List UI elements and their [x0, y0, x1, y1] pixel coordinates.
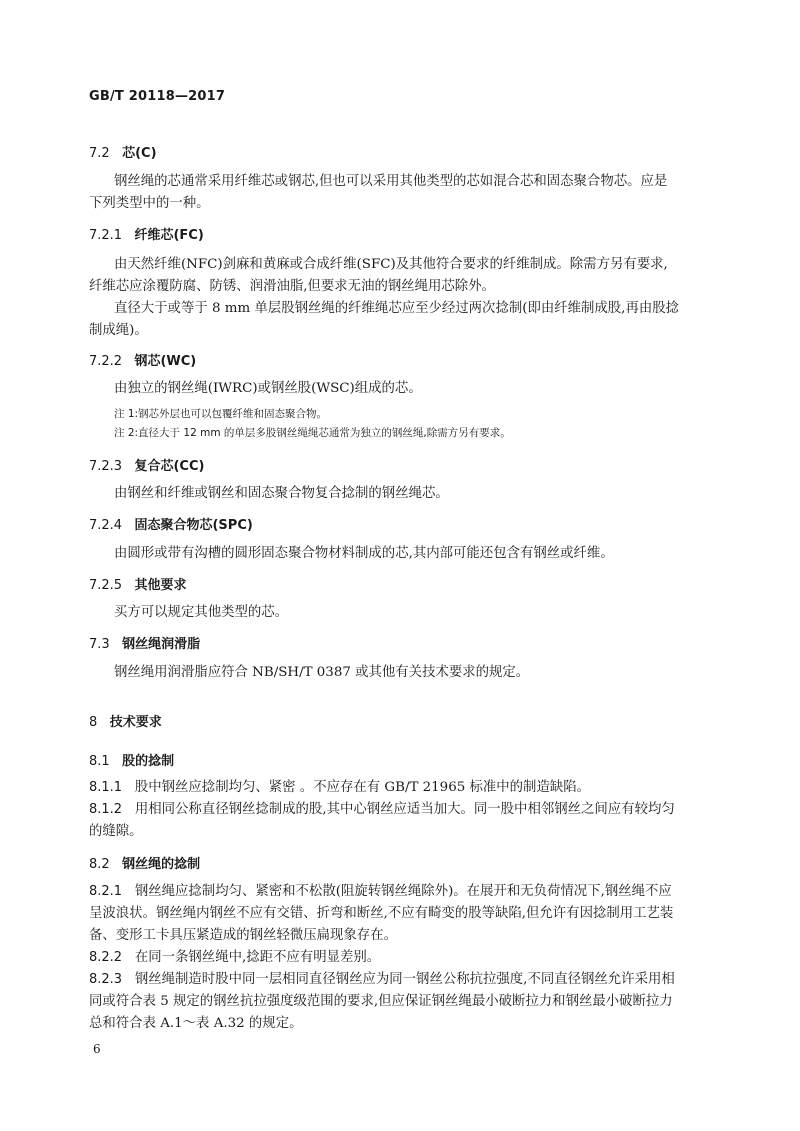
section-title: 芯(C) — [122, 146, 156, 161]
section-title: 钢丝绳润滑脂 — [122, 637, 200, 652]
paragraph: 总和符合表 A.1～表 A.32 的规定。 — [89, 1013, 302, 1035]
note-2: 注 2:直径大于 12 mm 的单层多股钢丝绳绳芯通常为独立的钢丝绳,除需方另有… — [114, 425, 511, 440]
clause-8-2-2: 8.2.2 在同一条钢丝绳中,捻距不应有明显差别。 — [89, 947, 380, 969]
clause-text: 股中钢丝应捻制均匀、紧密 。不应存在有 GB/T 21965 标准中的制造缺陷。 — [135, 780, 590, 795]
clause-number: 8.2.3 — [89, 972, 122, 987]
section-number: 8.1 — [89, 754, 110, 769]
clause-number: 8.2.2 — [89, 950, 122, 965]
clause-text: 钢丝绳制造时股中同一层相同直径钢丝应为同一钢丝公称抗拉强度,不同直径钢丝允许采用… — [135, 972, 675, 987]
clause-8-1-2: 8.1.2 用相同公称直径钢丝捻制成的股,其中心钢丝应适当加大。同一股中相邻钢丝… — [89, 799, 675, 821]
clause-8-2-3: 8.2.3 钢丝绳制造时股中同一层相同直径钢丝应为同一钢丝公称抗拉强度,不同直径… — [89, 969, 675, 991]
paragraph: 由独立的钢丝绳(IWRC)或钢丝股(WSC)组成的芯。 — [114, 378, 422, 400]
paragraph: 直径大于或等于 8 mm 单层股钢丝绳的纤维绳芯应至少经过两次捻制(即由纤维制成… — [114, 298, 679, 320]
section-title: 股的捻制 — [122, 754, 174, 769]
paragraph: 由钢丝和纤维或钢丝和固态聚合物复合捻制的钢丝绳芯。 — [114, 483, 449, 505]
paragraph: 买方可以规定其他类型的芯。 — [114, 602, 288, 624]
heading-8-2: 8.2 钢丝绳的捻制 — [89, 853, 200, 872]
heading-8: 8 技术要求 — [89, 711, 162, 730]
clause-8-2-1: 8.2.1 钢丝绳应捻制均匀、紧密和不松散(阻旋转钢丝绳除外)。在展开和无负荷情… — [89, 881, 672, 903]
heading-7-3: 7.3 钢丝绳润滑脂 — [89, 633, 200, 652]
paragraph: 由天然纤维(NFC)剑麻和黄麻或合成纤维(SFC)及其他符合要求的纤维制成。除需… — [114, 254, 668, 276]
section-title: 固态聚合物芯(SPC) — [134, 518, 252, 533]
paragraph: 呈波浪状。钢丝绳内钢丝不应有交错、折弯和断丝,不应有畸变的股等缺陷,但允许有因捻… — [89, 903, 673, 925]
section-number: 7.3 — [89, 637, 110, 652]
clause-number: 8.2.1 — [89, 884, 122, 899]
paragraph: 纤维芯应涂覆防腐、防锈、润滑油脂,但要求无油的钢丝绳用芯除外。 — [89, 276, 495, 298]
section-number: 8.2 — [89, 857, 110, 872]
paragraph: 的缝隙。 — [89, 821, 143, 843]
paragraph: 钢丝绳用润滑脂应符合 NB/SH/T 0387 或其他有关技术要求的规定。 — [114, 662, 529, 684]
section-title: 技术要求 — [110, 715, 162, 730]
section-title: 纤维芯(FC) — [134, 228, 203, 243]
paragraph: 同或符合表 5 规定的钢丝抗拉强度级范围的要求,但应保证钢丝绳最小破断拉力和钢丝… — [89, 991, 673, 1013]
paragraph: 下列类型中的一种。 — [89, 193, 210, 215]
paragraph: 由圆形或带有沟槽的圆形固态聚合物材料制成的芯,其内部可能还包含有钢丝或纤维。 — [114, 543, 614, 565]
paragraph: 钢丝绳的芯通常采用纤维芯或钢芯,但也可以采用其他类型的芯如混合芯和固态聚合物芯。… — [114, 171, 667, 193]
clause-text: 在同一条钢丝绳中,捻距不应有明显差别。 — [135, 950, 380, 965]
paragraph: 备、变形工卡具压紧造成的钢丝轻微压扁现象存在。 — [89, 925, 397, 947]
section-number: 7.2.4 — [89, 518, 122, 533]
page-number: 6 — [93, 1042, 101, 1056]
clause-text: 用相同公称直径钢丝捻制成的股,其中心钢丝应适当加大。同一股中相邻钢丝之间应有较均… — [135, 802, 675, 817]
section-number: 7.2.1 — [89, 228, 122, 243]
section-number: 7.2.3 — [89, 459, 122, 474]
section-title: 其他要求 — [134, 578, 186, 593]
section-title: 钢芯(WC) — [134, 354, 196, 369]
clause-text: 钢丝绳应捻制均匀、紧密和不松散(阻旋转钢丝绳除外)。在展开和无负荷情况下,钢丝绳… — [135, 884, 672, 899]
heading-8-1: 8.1 股的捻制 — [89, 750, 174, 769]
section-number: 7.2 — [89, 146, 110, 161]
paragraph: 制成绳)。 — [89, 320, 148, 342]
section-title: 钢丝绳的捻制 — [122, 857, 200, 872]
heading-7-2-2: 7.2.2 钢芯(WC) — [89, 350, 196, 369]
section-number: 7.2.5 — [89, 578, 122, 593]
clause-8-1-1: 8.1.1 股中钢丝应捻制均匀、紧密 。不应存在有 GB/T 21965 标准中… — [89, 777, 590, 799]
section-number: 7.2.2 — [89, 354, 122, 369]
clause-number: 8.1.2 — [89, 802, 122, 817]
clause-number: 8.1.1 — [89, 780, 122, 795]
standard-id: GB/T 20118—2017 — [89, 89, 225, 104]
heading-7-2: 7.2 芯(C) — [89, 142, 157, 161]
section-number: 8 — [89, 715, 97, 730]
heading-7-2-1: 7.2.1 纤维芯(FC) — [89, 224, 204, 243]
section-title: 复合芯(CC) — [134, 459, 204, 474]
heading-7-2-3: 7.2.3 复合芯(CC) — [89, 455, 204, 474]
note-1: 注 1:钢芯外层也可以包覆纤维和固态聚合物。 — [114, 406, 327, 421]
heading-7-2-5: 7.2.5 其他要求 — [89, 574, 187, 593]
heading-7-2-4: 7.2.4 固态聚合物芯(SPC) — [89, 514, 253, 533]
